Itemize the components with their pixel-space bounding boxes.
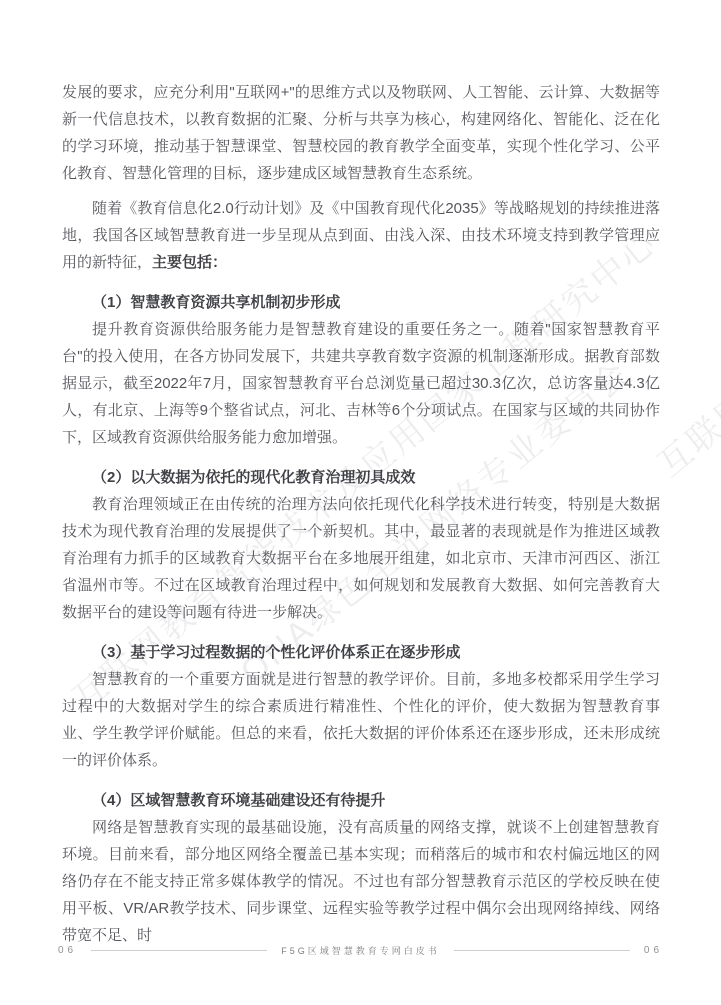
section-heading-1: （1）智慧教育资源共享机制初步形成 — [62, 289, 660, 316]
page-body: 发展的要求，应充分利用"互联网+"的思维方式以及物联网、人工智能、云计算、大数据… — [62, 79, 660, 949]
section-heading-3: （3）基于学习过程数据的个性化评价体系正在逐步形成 — [62, 639, 660, 666]
page-number-left: 06 — [58, 945, 77, 956]
footer-document-title: F5G区域智慧教育专网白皮书 — [281, 944, 440, 957]
paragraph: 随着《教育信息化2.0行动计划》及《中国教育现代化2035》等战略规划的持续推进… — [62, 195, 660, 276]
paragraph: 网络是智慧教育实现的最基础设施，没有高质量的网络支撑，就谈不上创建智慧教育环境。… — [62, 814, 660, 949]
footer-divider-right — [454, 950, 630, 951]
document-page: 互联网教育智能技术及应用国家工程研究中心 ONA绿色全光网络专业委员会 互联网教… — [0, 0, 721, 1005]
paragraph-bold-text: 主要包括： — [152, 254, 227, 271]
paragraph-continuation: 发展的要求，应充分利用"互联网+"的思维方式以及物联网、人工智能、云计算、大数据… — [62, 79, 660, 187]
paragraph: 提升教育资源供给服务能力是智慧教育建设的重要任务之一。随着"国家智慧教育平台"的… — [62, 316, 660, 451]
section-heading-2: （2）以大数据为依托的现代化教育治理初具成效 — [62, 464, 660, 491]
paragraph: 智慧教育的一个重要方面就是进行智慧的教学评价。目前，多地多校都采用学生学习过程中… — [62, 666, 660, 774]
footer-divider-left — [91, 950, 267, 951]
section-heading-4: （4）区域智慧教育环境基础建设还有待提升 — [62, 787, 660, 814]
page-footer: 06 F5G区域智慧教育专网白皮书 06 — [0, 944, 721, 957]
page-number-right: 06 — [644, 945, 663, 956]
paragraph: 教育治理领域正在由传统的治理方法向依托现代化科学技术进行转变，特别是大数据技术为… — [62, 491, 660, 626]
